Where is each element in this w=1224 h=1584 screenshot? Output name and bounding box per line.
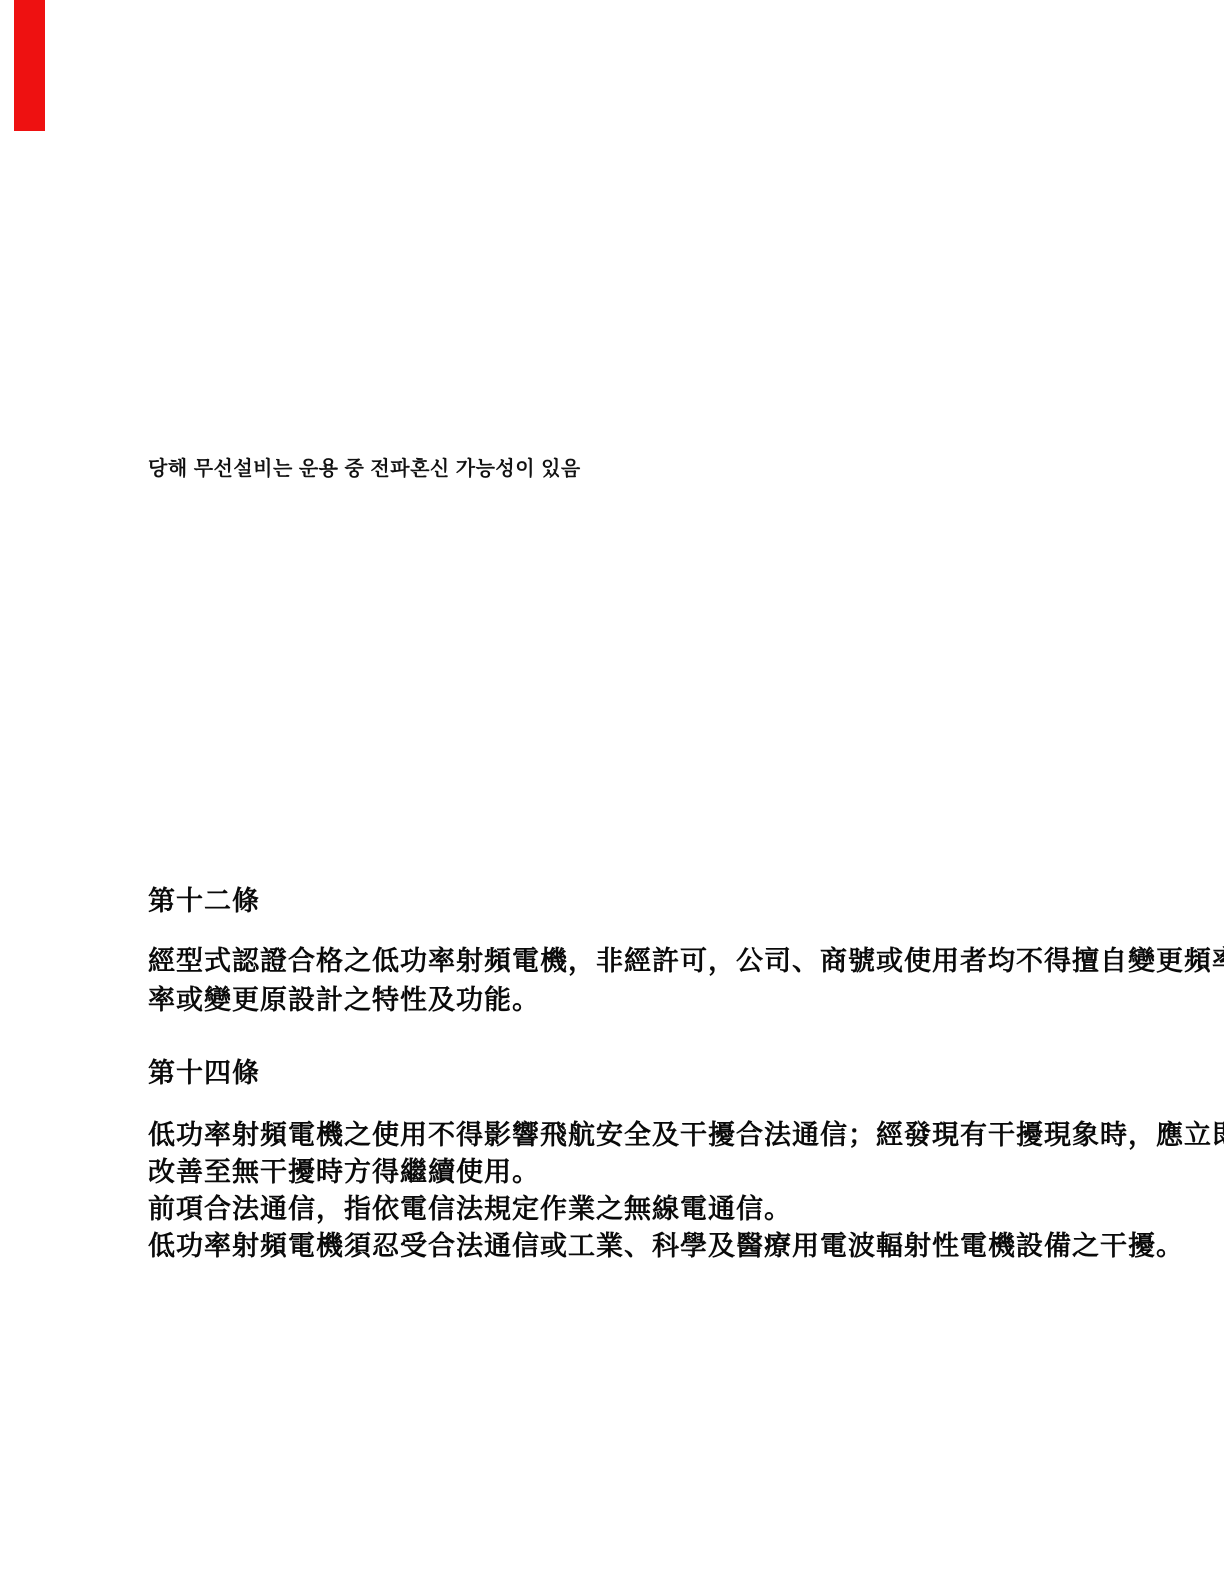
paragraph-line: 低功率射頻電機須忍受合法通信或工業、科學及醫療用電波輻射性電機設備之干擾。 [148,1228,1224,1265]
document-page: 당해 무선설비는 운용 중 전파혼신 가능성이 있음 第十二條 經型式認證合格之… [0,0,1224,1584]
paragraph-line: 率或變更原設計之特性及功能。 [148,981,1224,1020]
section-heading-article-12: 第十二條 [148,879,260,918]
section-heading-article-14: 第十四條 [148,1051,260,1090]
paragraph-line: 經型式認證合格之低功率射頻電機，非經許可，公司、商號或使用者均不得擅自變更頻率、… [148,942,1224,981]
paragraph-line: 前項合法通信，指依電信法規定作業之無線電通信。 [148,1191,1224,1228]
korean-interference-notice: 당해 무선설비는 운용 중 전파혼신 가능성이 있음 [148,452,581,481]
article-12-paragraph: 經型式認證合格之低功率射頻電機，非經許可，公司、商號或使用者均不得擅自變更頻率、… [148,942,1224,1020]
paragraph-line: 低功率射頻電機之使用不得影響飛航安全及干擾合法通信；經發現有干擾現象時，應立即停… [148,1117,1224,1154]
red-marker-bar [14,0,45,131]
article-14-paragraph: 低功率射頻電機之使用不得影響飛航安全及干擾合法通信；經發現有干擾現象時，應立即停… [148,1117,1224,1265]
paragraph-line: 改善至無干擾時方得繼續使用。 [148,1154,1224,1191]
